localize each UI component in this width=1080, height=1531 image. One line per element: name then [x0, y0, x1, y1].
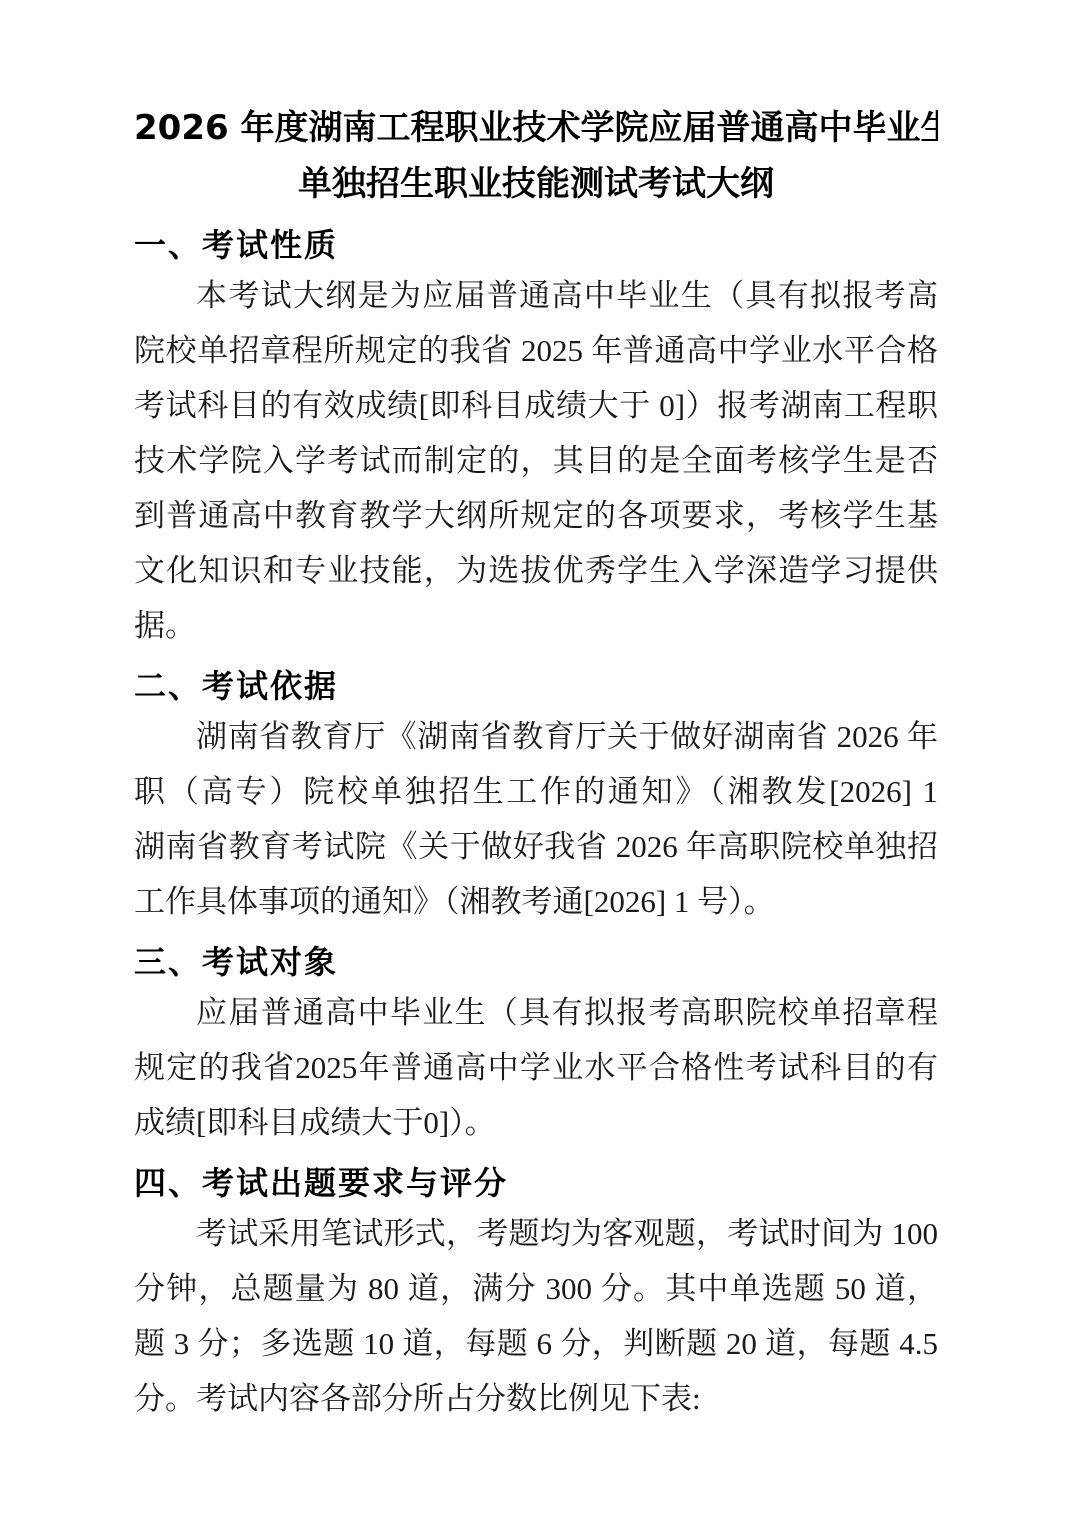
document-content: 2026 年度湖南工程职业技术学院应届普通高中毕业生 单独招生职业技能测试考试大…	[134, 100, 938, 1426]
text-line: 职（高专）院校单独招生工作的通知》（湘教发[2026] 1 号）、	[134, 764, 938, 819]
title-line-1: 2026 年度湖南工程职业技术学院应届普通高中毕业生	[134, 100, 938, 156]
section-heading: 三、考试对象	[134, 939, 938, 985]
text-line: 分钟，总题量为 80 道，满分 300 分。其中单选题 50 道，每	[134, 1261, 938, 1316]
text-line: 院校单招章程所规定的我省 2025 年普通高中学业水平合格性	[134, 323, 938, 378]
text-line: 工作具体事项的通知》（湘教考通[2026] 1 号）。	[134, 874, 938, 929]
section: 二、考试依据湖南省教育厅《湖南省教育厅关于做好湖南省 2026 年高职（高专）院…	[134, 663, 938, 929]
section-heading: 四、考试出题要求与评分	[134, 1160, 938, 1206]
paragraph: 本考试大纲是为应届普通高中毕业生（具有拟报考高职院校单招章程所规定的我省 202…	[134, 268, 938, 653]
section: 三、考试对象应届普通高中毕业生（具有拟报考高职院校单招章程所规定的我省2025年…	[134, 939, 938, 1150]
text-line: 湖南省教育考试院《关于做好我省 2026 年高职院校单独招生	[134, 819, 938, 874]
text-line: 文化知识和专业技能，为选拔优秀学生入学深造学习提供依	[134, 543, 938, 598]
text-line: 分。考试内容各部分所占分数比例见下表:	[134, 1371, 938, 1426]
document-page: 2026 年度湖南工程职业技术学院应届普通高中毕业生 单独招生职业技能测试考试大…	[0, 0, 1080, 1531]
paragraph: 应届普通高中毕业生（具有拟报考高职院校单招章程所规定的我省2025年普通高中学业…	[134, 985, 938, 1150]
section-heading: 二、考试依据	[134, 663, 938, 709]
paragraph: 考试采用笔试形式，考题均为客观题，考试时间为 100分钟，总题量为 80 道，满…	[134, 1206, 938, 1426]
section: 四、考试出题要求与评分考试采用笔试形式，考题均为客观题，考试时间为 100分钟，…	[134, 1160, 938, 1426]
text-line: 技术学院入学考试而制定的，其目的是全面考核学生是否达	[134, 433, 938, 488]
text-line: 题 3 分；多选题 10 道，每题 6 分，判断题 20 道，每题 4.5	[134, 1316, 938, 1371]
document-sections: 一、考试性质本考试大纲是为应届普通高中毕业生（具有拟报考高职院校单招章程所规定的…	[134, 222, 938, 1426]
section: 一、考试性质本考试大纲是为应届普通高中毕业生（具有拟报考高职院校单招章程所规定的…	[134, 222, 938, 653]
document-title: 2026 年度湖南工程职业技术学院应届普通高中毕业生 单独招生职业技能测试考试大…	[134, 100, 938, 212]
section-heading: 一、考试性质	[134, 222, 938, 268]
title-line-2: 单独招生职业技能测试考试大纲	[134, 156, 938, 212]
text-line: 据。	[134, 598, 938, 653]
text-line: 成绩[即科目成绩大于0]）。	[134, 1095, 938, 1150]
text-line: 湖南省教育厅《湖南省教育厅关于做好湖南省 2026 年高	[134, 709, 938, 764]
text-line: 本考试大纲是为应届普通高中毕业生（具有拟报考高职	[134, 268, 938, 323]
text-line: 考试采用笔试形式，考题均为客观题，考试时间为 100	[134, 1206, 938, 1261]
text-line: 考试科目的有效成绩[即科目成绩大于 0]）报考湖南工程职业	[134, 378, 938, 433]
text-line: 到普通高中教育教学大纲所规定的各项要求，考核学生基础	[134, 488, 938, 543]
text-line: 规定的我省2025年普通高中学业水平合格性考试科目的有效	[134, 1040, 938, 1095]
paragraph: 湖南省教育厅《湖南省教育厅关于做好湖南省 2026 年高职（高专）院校单独招生工…	[134, 709, 938, 929]
text-line: 应届普通高中毕业生（具有拟报考高职院校单招章程所	[134, 985, 938, 1040]
